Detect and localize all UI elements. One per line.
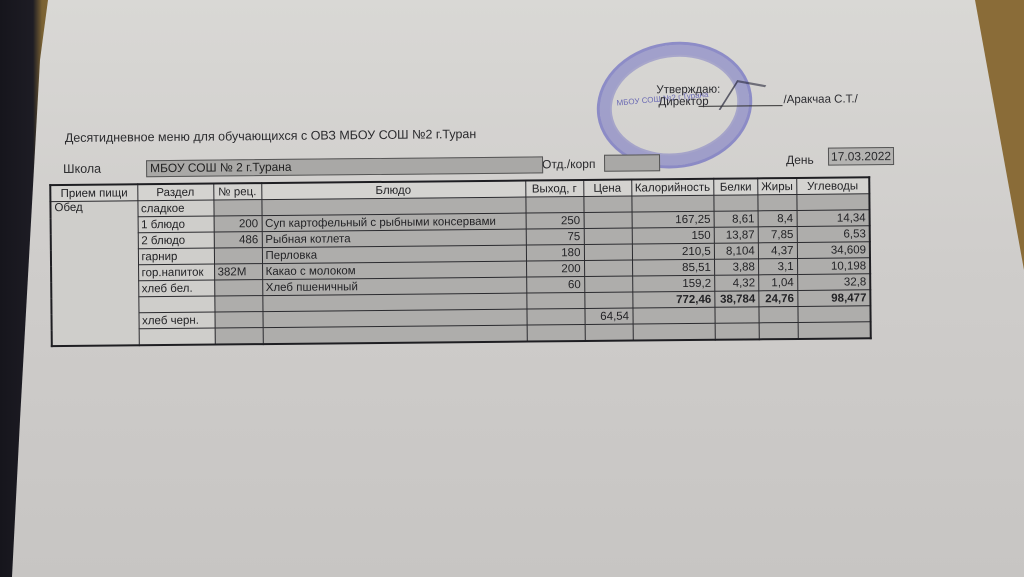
cell-fats [759, 306, 798, 322]
approver-name: /Аракчаа С.Т./ [783, 93, 857, 106]
cell-recipe [214, 280, 262, 296]
cell-calories [632, 307, 714, 324]
cell-carbs [798, 322, 871, 339]
cell-proteins [714, 195, 758, 211]
cell-carbs [796, 194, 869, 211]
cell-carbs: 34,609 [797, 242, 870, 259]
cell-price [584, 228, 632, 244]
cell-calories: 167,25 [632, 211, 714, 228]
cell-yield: 75 [526, 229, 584, 246]
cell-fats: 24,76 [759, 290, 798, 306]
school-label: Школа [63, 162, 101, 176]
column-header: Цена [583, 180, 631, 197]
cell-yield [526, 308, 584, 325]
meal-cell: Обед [50, 201, 138, 346]
cell-proteins: 4,32 [715, 275, 759, 291]
cell-yield [525, 197, 583, 214]
cell-recipe: 486 [214, 232, 262, 248]
cell-price [584, 260, 632, 276]
column-header: Углеводы [796, 177, 869, 194]
cell-section: 2 блюдо [138, 232, 214, 249]
cell-fats: 7,85 [758, 226, 797, 242]
cell-fats: 4,37 [758, 242, 797, 258]
cell-calories: 159,2 [632, 275, 714, 292]
column-header: Калорийность [631, 179, 713, 196]
cell-section: гарнир [138, 248, 214, 265]
menu-document: МБОУ СОШ №2 г.Турана Утверждаю: Директор… [0, 0, 1024, 577]
cell-calories [631, 195, 713, 212]
cell-fats: 3,1 [758, 258, 797, 274]
column-header: Жиры [758, 178, 797, 195]
cell-proteins [715, 307, 759, 323]
column-header: Выход, г [525, 180, 583, 197]
cell-recipe [214, 248, 262, 264]
cell-calories: 85,51 [632, 259, 714, 276]
cell-recipe: 200 [214, 216, 262, 232]
cell-dish [263, 325, 527, 344]
cell-yield [526, 293, 584, 310]
cell-carbs: 10,198 [797, 258, 870, 275]
school-field: МБОУ СОШ № 2 г.Турана [146, 156, 543, 177]
cell-carbs: 6,53 [797, 226, 870, 243]
cell-fats: 1,04 [758, 274, 797, 290]
cell-proteins: 13,87 [714, 227, 758, 243]
cell-price [584, 212, 632, 228]
cell-yield: 250 [526, 213, 584, 230]
cell-section [138, 296, 214, 313]
day-label: День [786, 153, 814, 167]
cell-fats: 8,4 [758, 210, 797, 226]
cell-section: 1 блюдо [138, 216, 214, 233]
cell-proteins: 8,61 [714, 211, 758, 227]
column-header: Белки [714, 178, 758, 195]
department-label: Отд./корп [542, 157, 595, 172]
cell-yield [527, 324, 585, 341]
cell-yield: 180 [526, 245, 584, 262]
cell-price [583, 196, 631, 212]
cell-price [584, 244, 632, 260]
menu-table: Прием пищиРаздел№ рец.БлюдоВыход, гЦенаК… [49, 176, 872, 347]
cell-recipe [215, 328, 263, 345]
cell-section: гор.напиток [138, 264, 214, 281]
cell-proteins: 3,88 [714, 259, 758, 275]
approve-label: Утверждаю: [656, 84, 720, 97]
cell-price: 64,54 [584, 308, 632, 324]
cell-section: хлеб черн. [138, 312, 214, 329]
cell-carbs: 32,8 [797, 274, 870, 291]
cell-carbs [798, 306, 871, 323]
cell-price [585, 324, 633, 341]
cell-recipe: 382М [214, 264, 262, 280]
cell-proteins: 8,104 [714, 243, 758, 259]
cell-fats [759, 322, 798, 339]
cell-recipe [214, 312, 262, 328]
cell-calories: 210,5 [632, 243, 714, 260]
document-title: Десятидневное меню для обучающихся с ОВЗ… [65, 127, 477, 145]
cell-section: сладкое [137, 200, 213, 217]
column-header: Прием пищи [50, 184, 137, 201]
cell-fats [758, 194, 797, 210]
cell-proteins: 38,784 [715, 291, 759, 307]
cell-recipe [213, 200, 261, 216]
cell-price [584, 292, 632, 308]
column-header: Раздел [137, 184, 213, 201]
cell-carbs: 14,34 [797, 210, 870, 227]
column-header: № рец. [213, 183, 261, 200]
cell-price [584, 276, 632, 292]
cell-yield: 60 [526, 277, 584, 294]
day-field: 17.03.2022 [828, 147, 894, 166]
department-field [604, 154, 660, 172]
cell-section [139, 328, 215, 345]
cell-calories [633, 323, 715, 340]
cell-carbs: 98,477 [797, 290, 870, 307]
cell-proteins [715, 323, 759, 340]
cell-calories: 772,46 [632, 291, 714, 308]
cell-calories: 150 [632, 227, 714, 244]
cell-yield: 200 [526, 261, 584, 278]
cell-recipe [214, 296, 262, 312]
cell-section: хлеб бел. [138, 280, 214, 297]
